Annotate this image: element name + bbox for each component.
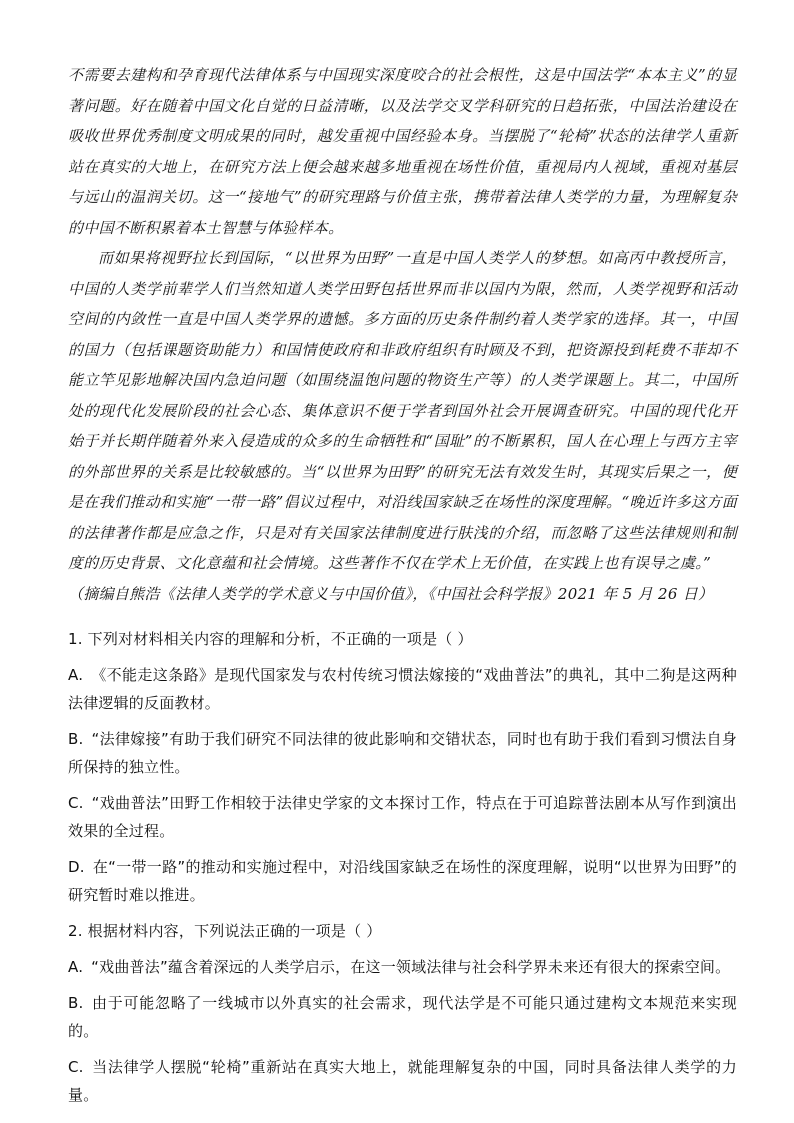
question-1: 1. 下列对材料相关内容的理解和分析，不正确的一项是（ ） A.《不能走这条路》… bbox=[68, 625, 737, 909]
reading-passage: 不需要去建构和孕育现代法律体系与中国现实深度咬合的社会根性，这是中国法学“本本主… bbox=[68, 60, 737, 609]
option-label: D. bbox=[68, 858, 85, 876]
question-2-option-c: C.当法律学人摆脱“轮椅”重新站在真实大地上，就能理解复杂的中国，同时具备法律人… bbox=[68, 1053, 737, 1109]
option-label: B. bbox=[68, 730, 83, 748]
option-label: A. bbox=[68, 666, 83, 684]
question-2: 2. 根据材料内容，下列说法正确的一项是（ ） A.“戏曲普法”蕴含着深远的人类… bbox=[68, 917, 737, 1109]
question-1-option-b: B.“法律嫁接”有助于我们研究不同法律的彼此影响和交错状态，同时也有助于我们看到… bbox=[68, 725, 737, 781]
document-page: 不需要去建构和孕育现代法律体系与中国现实深度咬合的社会根性，这是中国法学“本本主… bbox=[0, 0, 794, 1123]
question-2-option-a: A.“戏曲普法”蕴含着深远的人类学启示，在这一领域法律与社会科学界未来还有很大的… bbox=[68, 953, 737, 981]
option-text: “戏曲普法”蕴含着深远的人类学启示，在这一领域法律与社会科学界未来还有很大的探索… bbox=[91, 958, 730, 976]
option-label: C. bbox=[68, 1058, 84, 1076]
option-text: 当法律学人摆脱“轮椅”重新站在真实大地上，就能理解复杂的中国，同时具备法律人类学… bbox=[68, 1058, 737, 1104]
question-1-stem: 1. 下列对材料相关内容的理解和分析，不正确的一项是（ ） bbox=[68, 625, 737, 653]
question-1-option-c: C.“戏曲普法”田野工作相较于法律史学家的文本探讨工作，特点在于可追踪普法剧本从… bbox=[68, 789, 737, 845]
passage-paragraph-1: 不需要去建构和孕育现代法律体系与中国现实深度咬合的社会根性，这是中国法学“本本主… bbox=[68, 60, 737, 243]
option-text: 《不能走这条路》是现代国家发与农村传统习惯法嫁接的“戏曲普法”的典礼，其中二狗是… bbox=[68, 666, 737, 712]
question-2-stem: 2. 根据材料内容，下列说法正确的一项是（ ） bbox=[68, 917, 737, 945]
option-text: 在“一带一路”的推动和实施过程中，对沿线国家缺乏在场性的深度理解，说明“以世界为… bbox=[68, 858, 737, 904]
question-1-option-d: D.在“一带一路”的推动和实施过程中，对沿线国家缺乏在场性的深度理解，说明“以世… bbox=[68, 853, 737, 909]
question-section: 1. 下列对材料相关内容的理解和分析，不正确的一项是（ ） A.《不能走这条路》… bbox=[68, 625, 737, 1109]
question-2-option-b: B.由于可能忽略了一线城市以外真实的社会需求，现代法学是不可能只通过建构文本规范… bbox=[68, 989, 737, 1045]
option-text: “戏曲普法”田野工作相较于法律史学家的文本探讨工作，特点在于可追踪普法剧本从写作… bbox=[68, 794, 737, 840]
option-text: “法律嫁接”有助于我们研究不同法律的彼此影响和交错状态，同时也有助于我们看到习惯… bbox=[68, 730, 737, 776]
citation-line: （摘编自熊浩《法律人类学的学术意义与中国价值》，《中国社会科学报》2021 年 … bbox=[68, 579, 737, 610]
option-text: 由于可能忽略了一线城市以外真实的社会需求，现代法学是不可能只通过建构文本规范来实… bbox=[68, 994, 737, 1040]
option-label: B. bbox=[68, 994, 83, 1012]
option-label: C. bbox=[68, 794, 84, 812]
option-label: A. bbox=[68, 958, 83, 976]
question-1-option-a: A.《不能走这条路》是现代国家发与农村传统习惯法嫁接的“戏曲普法”的典礼，其中二… bbox=[68, 661, 737, 717]
passage-paragraph-2: 而如果将视野拉长到国际，“以世界为田野”一直是中国人类学人的梦想。如高丙中教授所… bbox=[68, 243, 737, 579]
